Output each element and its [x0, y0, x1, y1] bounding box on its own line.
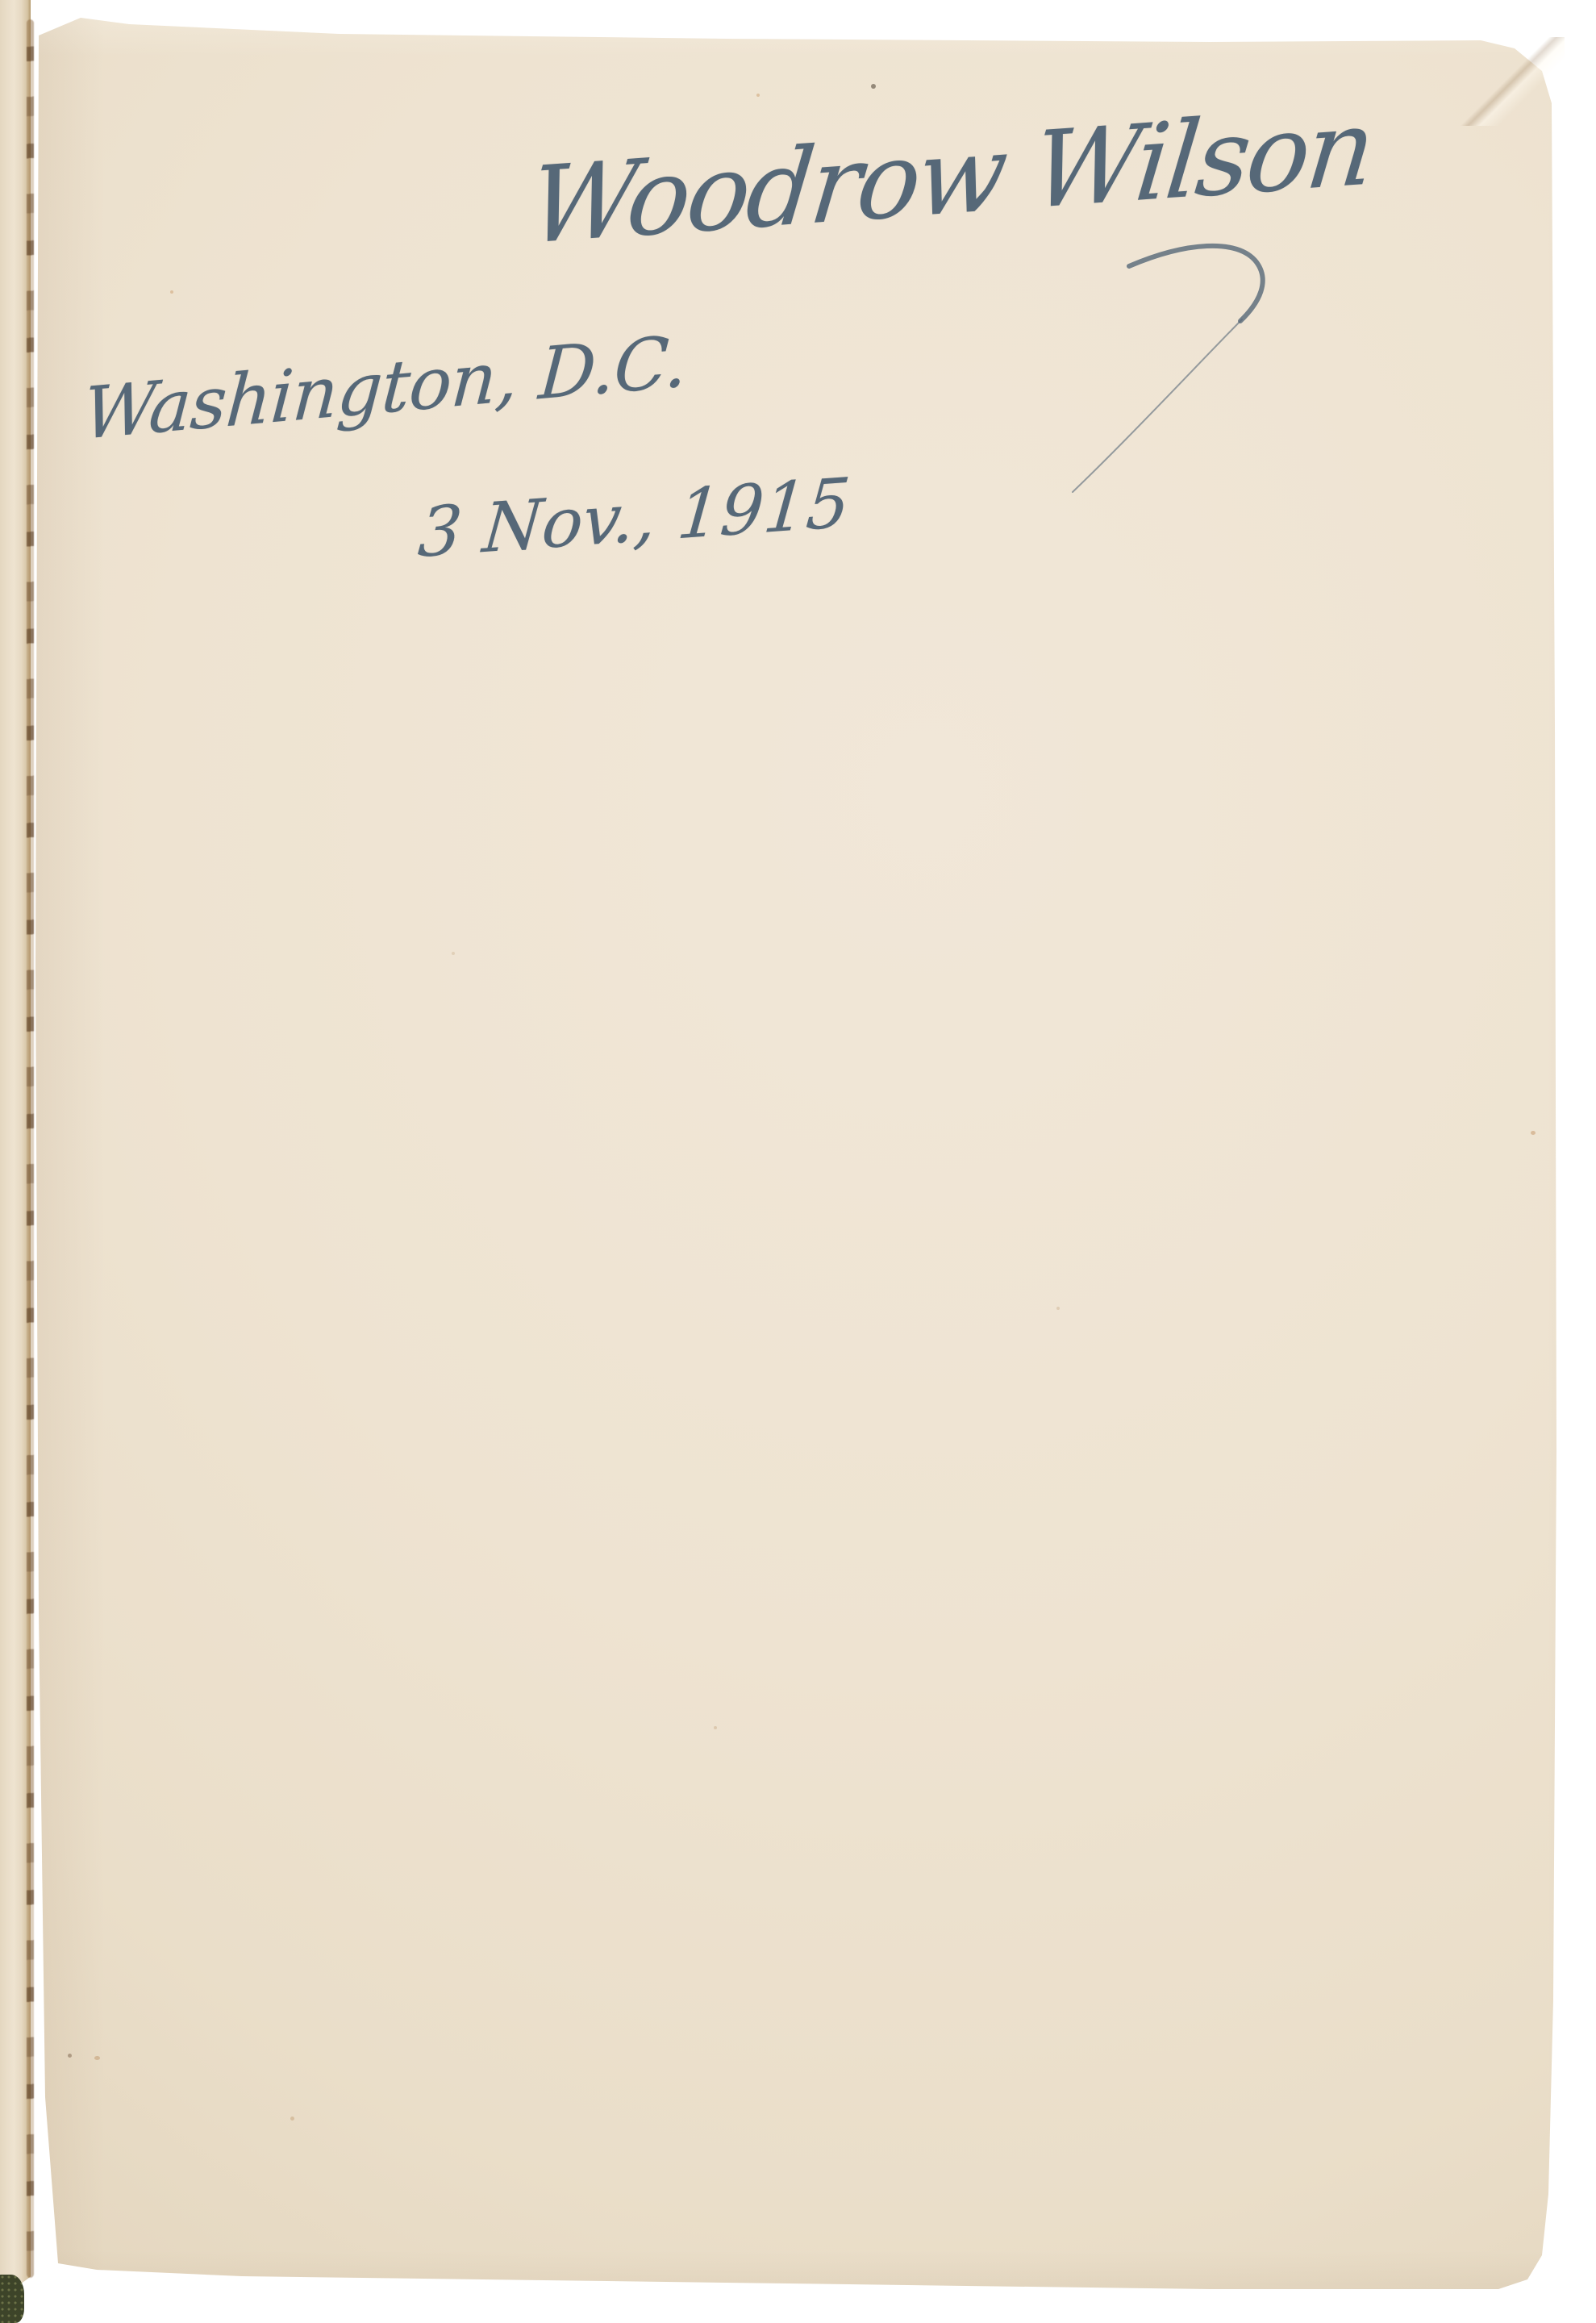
book-page	[0, 0, 1596, 2323]
binding-cloth	[0, 2275, 24, 2323]
gutter-seam	[27, 19, 34, 2278]
book-photo: Woodrow Wilson Washington, D.C. 3 Nov., …	[0, 0, 1596, 2323]
